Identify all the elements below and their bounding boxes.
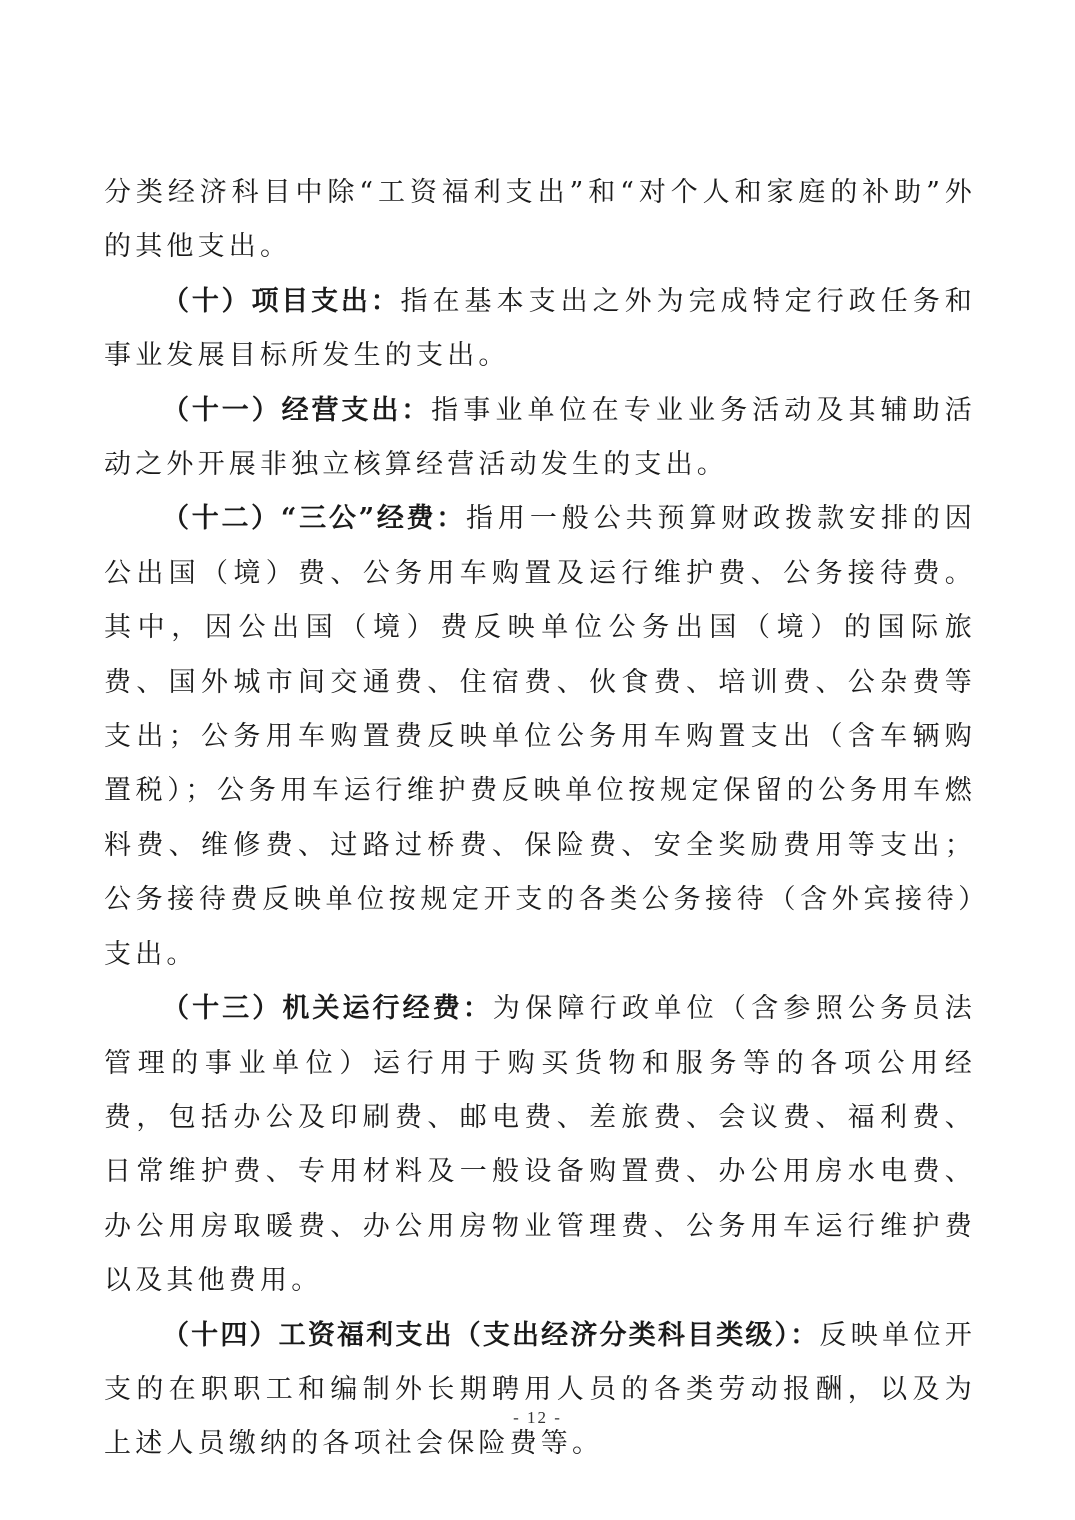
document-page: 分类经济科目中除“工资福利支出”和“对个人和家庭的补助”外的其他支出。 （十）项… [104, 166, 976, 1472]
paragraph-wage-welfare-expenditure: （十四）工资福利支出（支出经济分类科目类级）：反映单位开支的在职职工和编制外长期… [104, 1309, 976, 1472]
paragraph-continuation: 分类经济科目中除“工资福利支出”和“对个人和家庭的补助”外的其他支出。 [104, 166, 976, 275]
paragraph-operating-expenditure: （十一）经营支出：指事业单位在专业业务活动及其辅助活动之外开展非独立核算经营活动… [104, 384, 976, 493]
paragraph-term: （十二）“三公”经费： [162, 503, 466, 534]
paragraph-three-public-funds: （十二）“三公”经费：指用一般公共预算财政拨款安排的因公出国（境）费、公务用车购… [104, 492, 976, 982]
paragraph-project-expenditure: （十）项目支出：指在基本支出之外为完成特定行政任务和事业发展目标所发生的支出。 [104, 275, 976, 384]
paragraph-term: （十）项目支出： [162, 286, 401, 317]
paragraph-body: 指用一般公共预算财政拨款安排的因公出国（境）费、公务用车购置及运行维护费、公务接… [104, 503, 976, 969]
paragraph-body: 为保障行政单位（含参照公务员法管理的事业单位）运行用于购买货物和服务等的各项公用… [104, 993, 976, 1296]
paragraph-body: 分类经济科目中除“工资福利支出”和“对个人和家庭的补助”外的其他支出。 [104, 177, 976, 262]
page-number: - 12 - [0, 1408, 1075, 1428]
paragraph-term: （十三）机关运行经费： [162, 993, 493, 1024]
paragraph-term: （十一）经营支出： [162, 395, 431, 426]
paragraph-term: （十四）工资福利支出（支出经济分类科目类级）： [162, 1320, 819, 1351]
paragraph-agency-operating-funds: （十三）机关运行经费：为保障行政单位（含参照公务员法管理的事业单位）运行用于购买… [104, 982, 976, 1308]
